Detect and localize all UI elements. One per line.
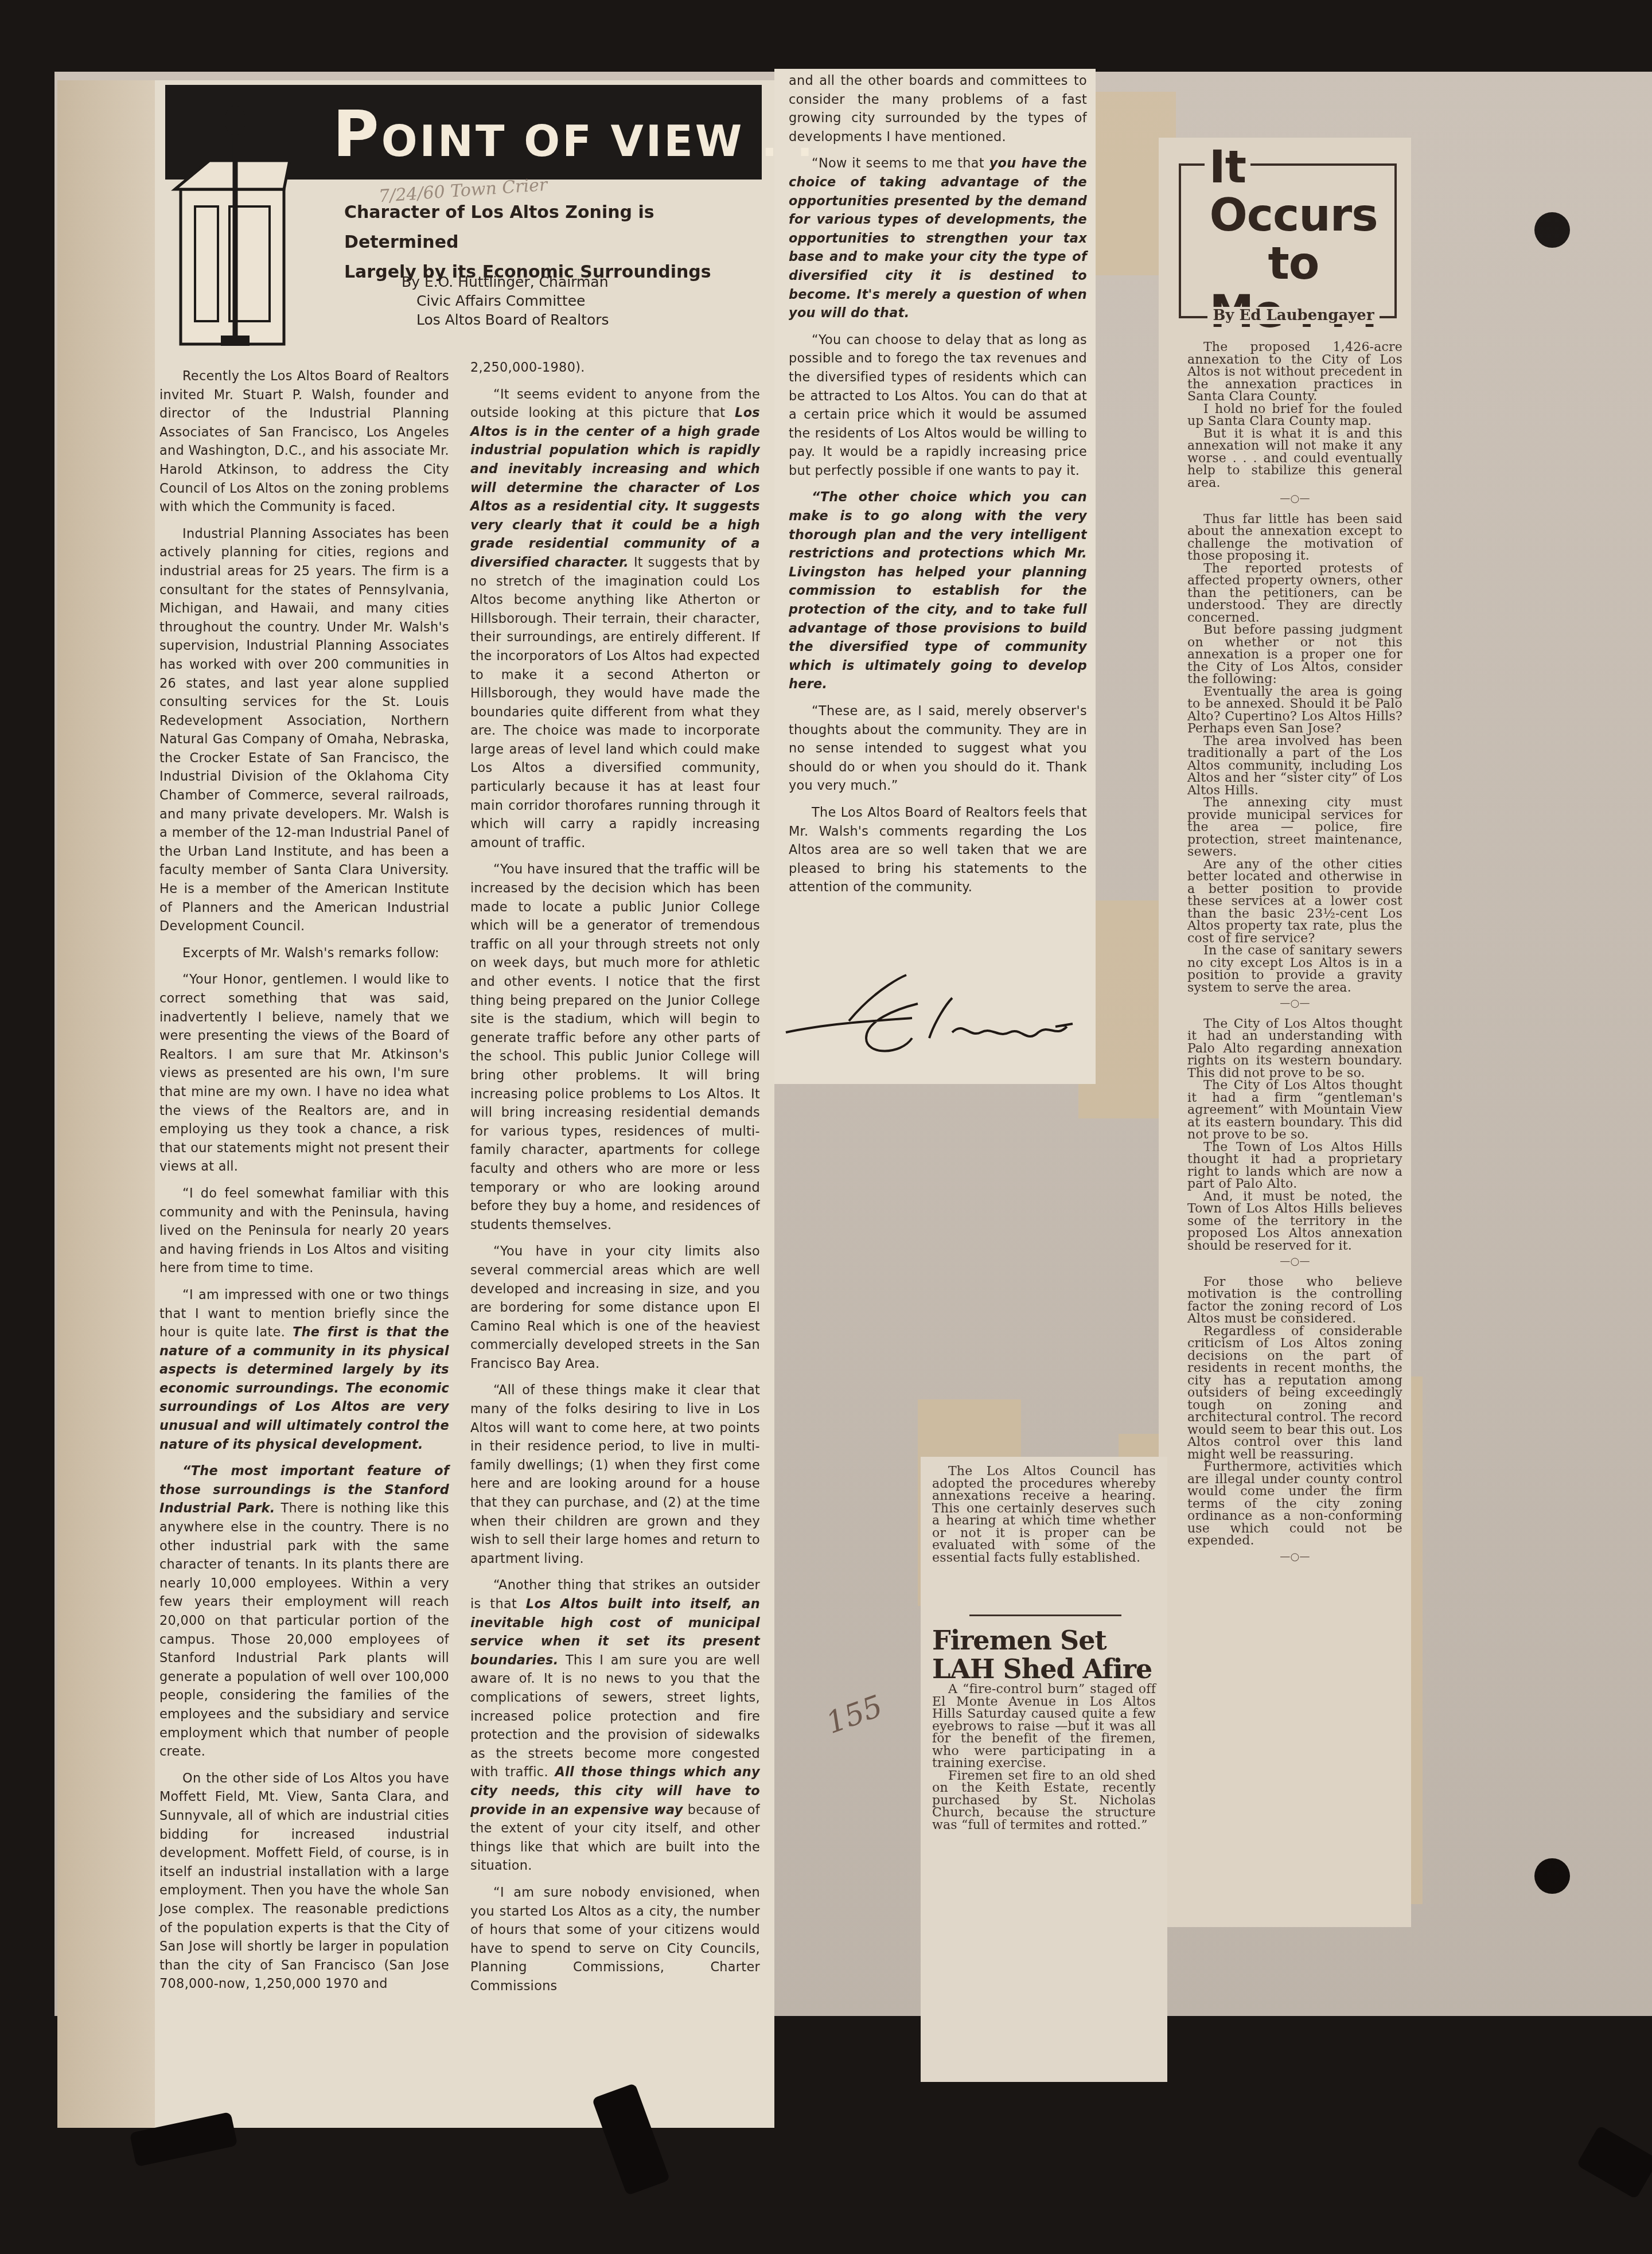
paragraph: 2,250,000-1980). — [470, 358, 760, 377]
paragraph: “You have insured that the traffic will … — [470, 860, 760, 1234]
paragraph: “I am impressed with one or two things t… — [159, 1286, 449, 1454]
paragraph: On the other side of Los Altos you have … — [159, 1769, 449, 1994]
paragraph: “Your Honor, gentlemen. I would like to … — [159, 970, 449, 1176]
paragraph: “I do feel somewhat familiar with this c… — [159, 1184, 449, 1278]
it-occurs-body: The proposed 1,426-acre annexation to th… — [1187, 341, 1402, 1571]
clamp — [1576, 2125, 1652, 2199]
paragraph: “Now it seems to me that you have the ch… — [789, 154, 1087, 322]
firemen-headline: Firemen Set LAH Shed Afire — [932, 1626, 1162, 1683]
paragraph: Industrial Planning Associates has been … — [159, 525, 449, 936]
binder-hole-top — [1534, 212, 1570, 248]
paragraph: “These are, as I said, merely observer's… — [789, 702, 1087, 795]
clipping-shadow — [57, 80, 155, 2128]
paragraph: The Los Altos Board of Realtors feels th… — [789, 804, 1087, 897]
paragraph: “You have in your city limits also sever… — [470, 1242, 760, 1373]
section-separator: —○— — [1187, 1255, 1402, 1268]
section-separator: —○— — [1187, 997, 1402, 1010]
paragraph: “I am sure nobody envisioned, when you s… — [470, 1883, 760, 1996]
divider-rule — [969, 1615, 1121, 1616]
column-byline: By Ed Laubengayer — [1207, 307, 1380, 324]
huttlinger-signature — [780, 969, 1090, 1067]
binder-hole-bottom — [1534, 1858, 1570, 1894]
paragraph: “The most important feature of those sur… — [159, 1462, 449, 1761]
firemen-article-body: A “fire-control burn” staged off El Mont… — [932, 1683, 1156, 1831]
paragraph: and all the other boards and committees … — [789, 72, 1087, 146]
paragraph: “It seems evident to anyone from the out… — [470, 385, 760, 853]
article-column-3: and all the other boards and committees … — [789, 72, 1087, 905]
point-of-view-title: POINT OF VIEW . . — [333, 98, 815, 171]
paragraph: Recently the Los Altos Board of Realtors… — [159, 367, 449, 517]
paragraph: “The other choice which you can make is … — [789, 488, 1087, 694]
article-column-1: Recently the Los Altos Board of Realtors… — [159, 367, 449, 2002]
section-separator: —○— — [1187, 493, 1402, 505]
article-byline: By E.O. Huttlinger, Chairman Civic Affai… — [402, 272, 723, 329]
section-separator: —○— — [1187, 1551, 1402, 1563]
paragraph: “You can choose to delay that as long as… — [789, 331, 1087, 481]
podium-microphone-icon — [169, 103, 295, 350]
paragraph: “All of these things make it clear that … — [470, 1381, 760, 1568]
paragraph: Excerpts of Mr. Walsh's remarks follow: — [159, 944, 449, 963]
article-column-2: 2,250,000-1980). “It seems evident to an… — [470, 358, 760, 2003]
council-note: The Los Altos Council has adopted the pr… — [932, 1465, 1156, 1564]
paragraph: “Another thing that strikes an outsider … — [470, 1576, 760, 1875]
